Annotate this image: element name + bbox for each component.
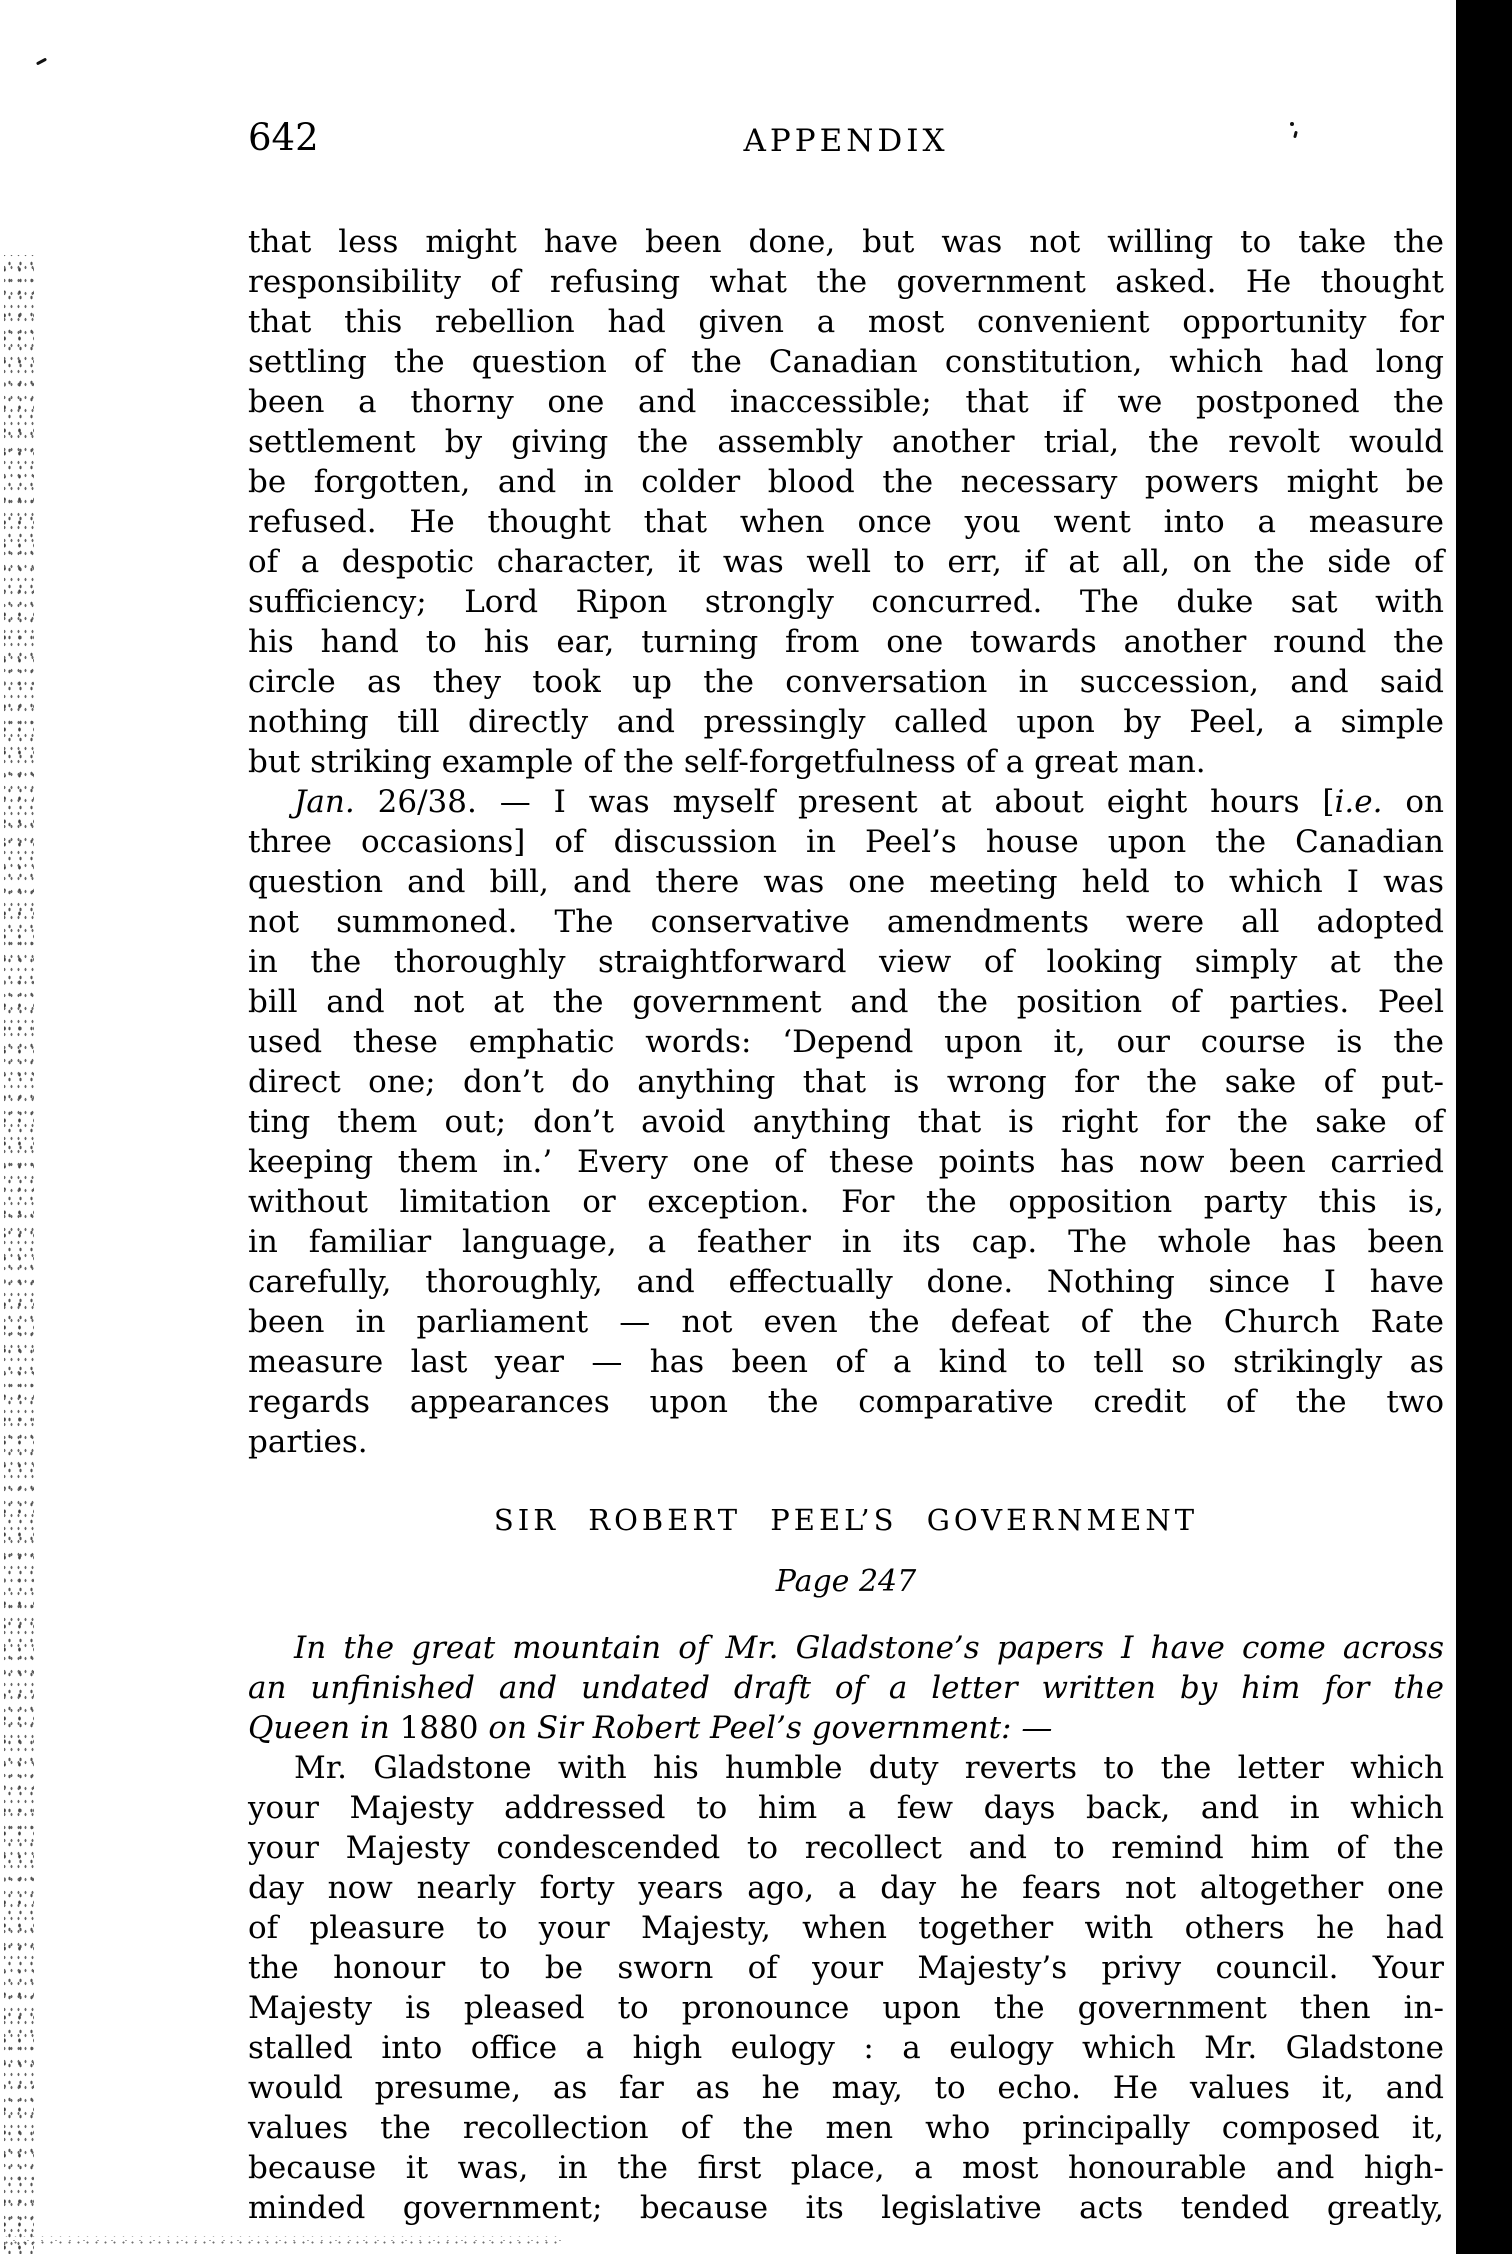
scan-speck-artifact <box>36 58 47 66</box>
page-text-column: that less might have been done, but was … <box>248 222 1444 2228</box>
text-line: ting them out; don’t avoid anything that… <box>248 1102 1444 1142</box>
text-segment: nothing till directly and pressingly cal… <box>248 704 1444 740</box>
text-segment: circle as they took up the conversation … <box>248 664 1444 700</box>
paragraph-journal-jan-26-38: Jan. 26/38. — I was myself present at ab… <box>248 782 1444 1462</box>
text-segment: regards appearances upon the comparative… <box>248 1384 1444 1420</box>
text-line: question and bill, and there was one mee… <box>248 862 1444 902</box>
text-segment: measure last year — has been of a kind t… <box>248 1344 1444 1380</box>
text-segment: sufficiency; Lord Ripon strongly concurr… <box>248 584 1444 620</box>
text-line: in familiar language, a feather in its c… <box>248 1222 1444 1262</box>
scan-noise-bottom-artifact <box>2 2236 562 2248</box>
text-segment: in the thoroughly straightforward view o… <box>248 944 1444 980</box>
text-line: in the thoroughly straightforward view o… <box>248 942 1444 982</box>
text-line: be forgotten, and in colder blood the ne… <box>248 462 1444 502</box>
text-segment: settlement by giving the assembly anothe… <box>248 424 1444 460</box>
text-segment: Queen in <box>248 1710 400 1746</box>
text-segment: his hand to his ear, turning from one to… <box>248 624 1444 660</box>
text-segment: i.e. <box>1335 784 1383 820</box>
text-line: without limitation or exception. For the… <box>248 1182 1444 1222</box>
text-line: Majesty is pleased to pronounce upon the… <box>248 1988 1444 2028</box>
text-segment: your Majesty condescended to recollect a… <box>248 1830 1444 1866</box>
text-line: an unfinished and undated draft of a let… <box>248 1668 1444 1708</box>
text-segment: Jan. <box>294 784 355 820</box>
text-segment: direct one; don’t do anything that is wr… <box>248 1064 1444 1100</box>
text-segment: been a thorny one and inaccessible; that… <box>248 384 1444 420</box>
section-page-reference: Page 247 <box>248 1562 1444 1602</box>
text-segment: not summoned. The conservative amendment… <box>248 904 1444 940</box>
text-segment: that less might have been done, but was … <box>248 224 1444 260</box>
text-line: settlement by giving the assembly anothe… <box>248 422 1444 462</box>
text-segment: on <box>1382 784 1444 820</box>
paragraph-editorial-note: In the great mountain of Mr. Gladstone’s… <box>248 1628 1444 1748</box>
text-line: sufficiency; Lord Ripon strongly concurr… <box>248 582 1444 622</box>
text-line: bill and not at the government and the p… <box>248 982 1444 1022</box>
text-segment: on Sir Robert Peel’s government: — <box>479 1710 1053 1746</box>
text-segment: without limitation or exception. For the… <box>248 1184 1444 1220</box>
text-line: his hand to his ear, turning from one to… <box>248 622 1444 662</box>
text-line: your Majesty addressed to him a few days… <box>248 1788 1444 1828</box>
text-line: that less might have been done, but was … <box>248 222 1444 262</box>
text-line: Jan. 26/38. — I was myself present at ab… <box>248 782 1444 822</box>
text-segment: three occasions] of discussion in Peel’s… <box>248 824 1444 860</box>
running-header: 642 APPENDIX <box>248 116 1444 164</box>
text-segment: Majesty is pleased to pronounce upon the… <box>248 1990 1444 2026</box>
text-segment: settling the question of the Canadian co… <box>248 344 1444 380</box>
text-line: carefully, thoroughly, and effectually d… <box>248 1262 1444 1302</box>
text-line: parties. <box>248 1422 1444 1462</box>
text-line: would presume, as far as he may, to echo… <box>248 2068 1444 2108</box>
paragraph-gladstone-letter: Mr. Gladstone with his humble duty rever… <box>248 1748 1444 2228</box>
text-segment: day now nearly forty years ago, a day he… <box>248 1870 1444 1906</box>
text-segment: ting them out; don’t avoid anything that… <box>248 1104 1444 1140</box>
text-segment: used these emphatic words: ‘Depend upon … <box>248 1024 1444 1060</box>
text-line: minded government; because its legislati… <box>248 2188 1444 2228</box>
text-segment: of pleasure to your Majesty, when togeth… <box>248 1910 1444 1946</box>
text-line: because it was, in the first place, a mo… <box>248 2148 1444 2188</box>
text-segment: bill and not at the government and the p… <box>248 984 1444 1020</box>
text-line: keeping them in.’ Every one of these poi… <box>248 1142 1444 1182</box>
text-line: settling the question of the Canadian co… <box>248 342 1444 382</box>
text-segment: but striking example of the self-forgetf… <box>248 744 1206 780</box>
text-line: that this rebellion had given a most con… <box>248 302 1444 342</box>
text-line: not summoned. The conservative amendment… <box>248 902 1444 942</box>
text-segment: keeping them in.’ Every one of these poi… <box>248 1144 1444 1180</box>
text-line: direct one; don’t do anything that is wr… <box>248 1062 1444 1102</box>
text-segment: carefully, thoroughly, and effectually d… <box>248 1264 1444 1300</box>
text-line: your Majesty condescended to recollect a… <box>248 1828 1444 1868</box>
paragraph-canada-debate: that less might have been done, but was … <box>248 222 1444 782</box>
text-line: day now nearly forty years ago, a day he… <box>248 1868 1444 1908</box>
text-segment: refused. He thought that when once you w… <box>248 504 1444 540</box>
page-number: 642 <box>248 116 319 160</box>
text-segment: would presume, as far as he may, to echo… <box>248 2070 1444 2106</box>
text-segment: the honour to be sworn of your Majesty’s… <box>248 1950 1444 1986</box>
scan-gutter-bar <box>1456 0 1512 2254</box>
text-line: Queen in 1880 on Sir Robert Peel’s gover… <box>248 1708 1444 1748</box>
text-line: three occasions] of discussion in Peel’s… <box>248 822 1444 862</box>
text-segment: your Majesty addressed to him a few days… <box>248 1790 1444 1826</box>
text-segment: values the recollection of the men who p… <box>248 2110 1444 2146</box>
text-line: of a despotic character, it was well to … <box>248 542 1444 582</box>
text-segment: parties. <box>248 1424 368 1460</box>
text-segment: an unfinished and undated draft of a let… <box>248 1670 1444 1706</box>
text-segment: because it was, in the first place, a mo… <box>248 2150 1444 2186</box>
text-segment: in familiar language, a feather in its c… <box>248 1224 1444 1260</box>
section-heading: SIR ROBERT PEEL’S GOVERNMENT <box>248 1498 1444 1542</box>
text-line: Mr. Gladstone with his humble duty rever… <box>248 1748 1444 1788</box>
text-segment: been in parliament — not even the defeat… <box>248 1304 1444 1340</box>
text-line: regards appearances upon the comparative… <box>248 1382 1444 1422</box>
text-line: stalled into office a high eulogy : a eu… <box>248 2028 1444 2068</box>
text-line: circle as they took up the conversation … <box>248 662 1444 702</box>
text-segment: 26/38. — I was myself present at about e… <box>355 784 1335 820</box>
text-line: responsibility of refusing what the gove… <box>248 262 1444 302</box>
text-line: refused. He thought that when once you w… <box>248 502 1444 542</box>
text-line: been in parliament — not even the defeat… <box>248 1302 1444 1342</box>
text-segment: In the great mountain of Mr. Gladstone’s… <box>294 1630 1444 1666</box>
text-line: In the great mountain of Mr. Gladstone’s… <box>248 1628 1444 1668</box>
text-line: of pleasure to your Majesty, when togeth… <box>248 1908 1444 1948</box>
text-line: nothing till directly and pressingly cal… <box>248 702 1444 742</box>
scan-noise-left-artifact <box>4 255 34 2254</box>
text-segment: be forgotten, and in colder blood the ne… <box>248 464 1444 500</box>
running-head-title: APPENDIX <box>743 121 948 161</box>
text-segment: stalled into office a high eulogy : a eu… <box>248 2030 1444 2066</box>
text-segment: 1880 <box>400 1710 479 1746</box>
text-segment: Mr. Gladstone with his humble duty rever… <box>294 1750 1444 1786</box>
text-segment: responsibility of refusing what the gove… <box>248 264 1444 300</box>
text-line: the honour to be sworn of your Majesty’s… <box>248 1948 1444 1988</box>
book-page: 642 APPENDIX that less might have been d… <box>0 0 1512 2254</box>
text-segment: question and bill, and there was one mee… <box>248 864 1444 900</box>
text-segment: that this rebellion had given a most con… <box>248 304 1444 340</box>
text-line: measure last year — has been of a kind t… <box>248 1342 1444 1382</box>
text-line: used these emphatic words: ‘Depend upon … <box>248 1022 1444 1062</box>
text-line: been a thorny one and inaccessible; that… <box>248 382 1444 422</box>
text-segment: minded government; because its legislati… <box>248 2190 1444 2226</box>
text-line: but striking example of the self-forgetf… <box>248 742 1444 782</box>
text-segment: of a despotic character, it was well to … <box>248 544 1444 580</box>
text-line: values the recollection of the men who p… <box>248 2108 1444 2148</box>
